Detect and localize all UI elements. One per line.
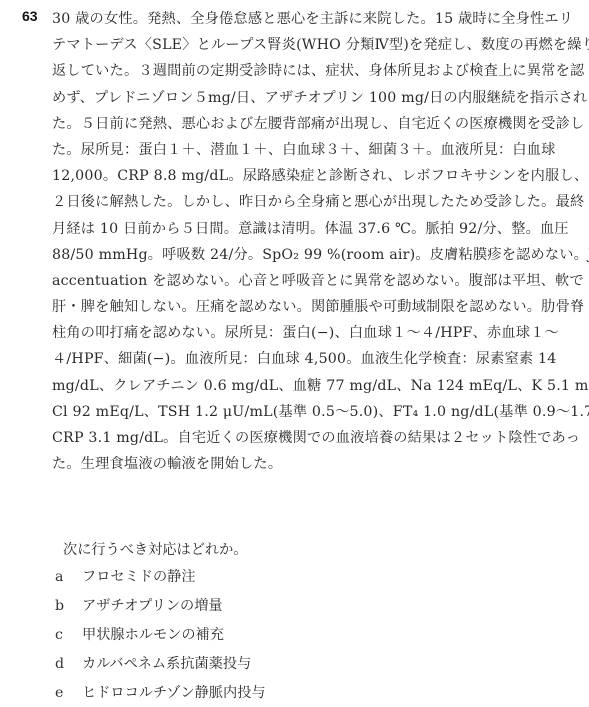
stem-line: た。生理食塩液の輸液を開始した。 [52, 451, 572, 477]
choice-text: カルバペネム系抗菌薬投与 [82, 650, 251, 679]
stem-line: accentuation を認めない。心音と呼吸音とに異常を認めない。腹部は平坦… [52, 268, 572, 294]
choice-a[interactable]: a フロセミドの静注 [55, 563, 266, 592]
stem-line: 肝・脾を触知しない。圧痛を認めない。関節腫脹や可動域制限を認めない。肋骨脊 [52, 294, 572, 320]
stem-line: CRP 3.1 mg/dL。自宅近くの医療機関での血液培養の結果は２セット陰性で… [52, 425, 572, 451]
choice-c[interactable]: c 甲状腺ホルモンの補充 [55, 621, 266, 650]
choice-letter: b [55, 592, 82, 621]
stem-line: 返していた。３週間前の定期受診時には、症状、身体所見および検査上に異常を認 [52, 58, 572, 84]
stem-line: 88/50 mmHg。呼吸数 24/分。SpO₂ 99 %(room air)。… [52, 242, 572, 268]
stem-line: ２日後に解熱した。しかし、昨日から全身痛と悪心が出現したため受診した。最終 [52, 189, 572, 215]
choice-letter: d [55, 650, 82, 679]
choice-e[interactable]: e ヒドロコルチゾン静脈内投与 [55, 679, 266, 707]
stem-line: 12,000。CRP 8.8 mg/dL。尿路感染症と診断され、レボフロキサシン… [52, 163, 572, 189]
question-prompt: 次に行うべき対応はどれか。 [63, 537, 247, 563]
choice-letter: c [55, 621, 82, 650]
question-stem: 30 歳の女性。発熱、全身倦怠感と悪心を主訴に来院した。15 歳時に全身性エリ … [52, 6, 572, 477]
stem-line: Cl 92 mEq/L、TSH 1.2 μU/mL(基準 0.5〜5.0)、FT… [52, 399, 572, 425]
stem-line: めず、プレドニゾロン５mg/日、アザチオプリン 100 mg/日の内服継続を指示… [52, 85, 572, 111]
choice-text: ヒドロコルチゾン静脈内投与 [82, 679, 266, 707]
choice-b[interactable]: b アザチオプリンの増量 [55, 592, 266, 621]
question-number: 63 [22, 8, 38, 24]
stem-line: 月経は 10 日前から５日間。意識は清明。体温 37.6 ℃。脈拍 92/分、整… [52, 216, 572, 242]
stem-line: ４/HPF、細菌(−)。血液所見：白血球 4,500。血液生化学検査：尿素窒素 … [52, 346, 572, 372]
choice-text: フロセミドの静注 [82, 563, 196, 592]
stem-line: 柱角の叩打痛を認めない。尿所見：蛋白(−)、白血球１〜４/HPF、赤血球１〜 [52, 320, 572, 346]
choice-d[interactable]: d カルバペネム系抗菌薬投与 [55, 650, 266, 679]
choice-text: 甲状腺ホルモンの補充 [82, 621, 224, 650]
stem-line: mg/dL、クレアチニン 0.6 mg/dL、血糖 77 mg/dL、Na 12… [52, 373, 572, 399]
choice-letter: a [55, 563, 82, 592]
stem-line: た。５日前に発熱、悪心および左腰背部痛が出現し、自宅近くの医療機関を受診し [52, 111, 572, 137]
choice-text: アザチオプリンの増量 [82, 592, 223, 621]
stem-line: 30 歳の女性。発熱、全身倦怠感と悪心を主訴に来院した。15 歳時に全身性エリ [52, 6, 572, 32]
answer-choices: a フロセミドの静注 b アザチオプリンの増量 c 甲状腺ホルモンの補充 d カ… [55, 563, 266, 707]
choice-letter: e [55, 679, 82, 707]
stem-line: た。尿所見：蛋白１＋、潜血１＋、白血球３＋、細菌３＋。血液所見：白血球 [52, 137, 572, 163]
stem-line: テマトーデス〈SLE〉とループス腎炎(WHO 分類Ⅳ型)を発症し、数度の再燃を繰… [52, 32, 572, 58]
